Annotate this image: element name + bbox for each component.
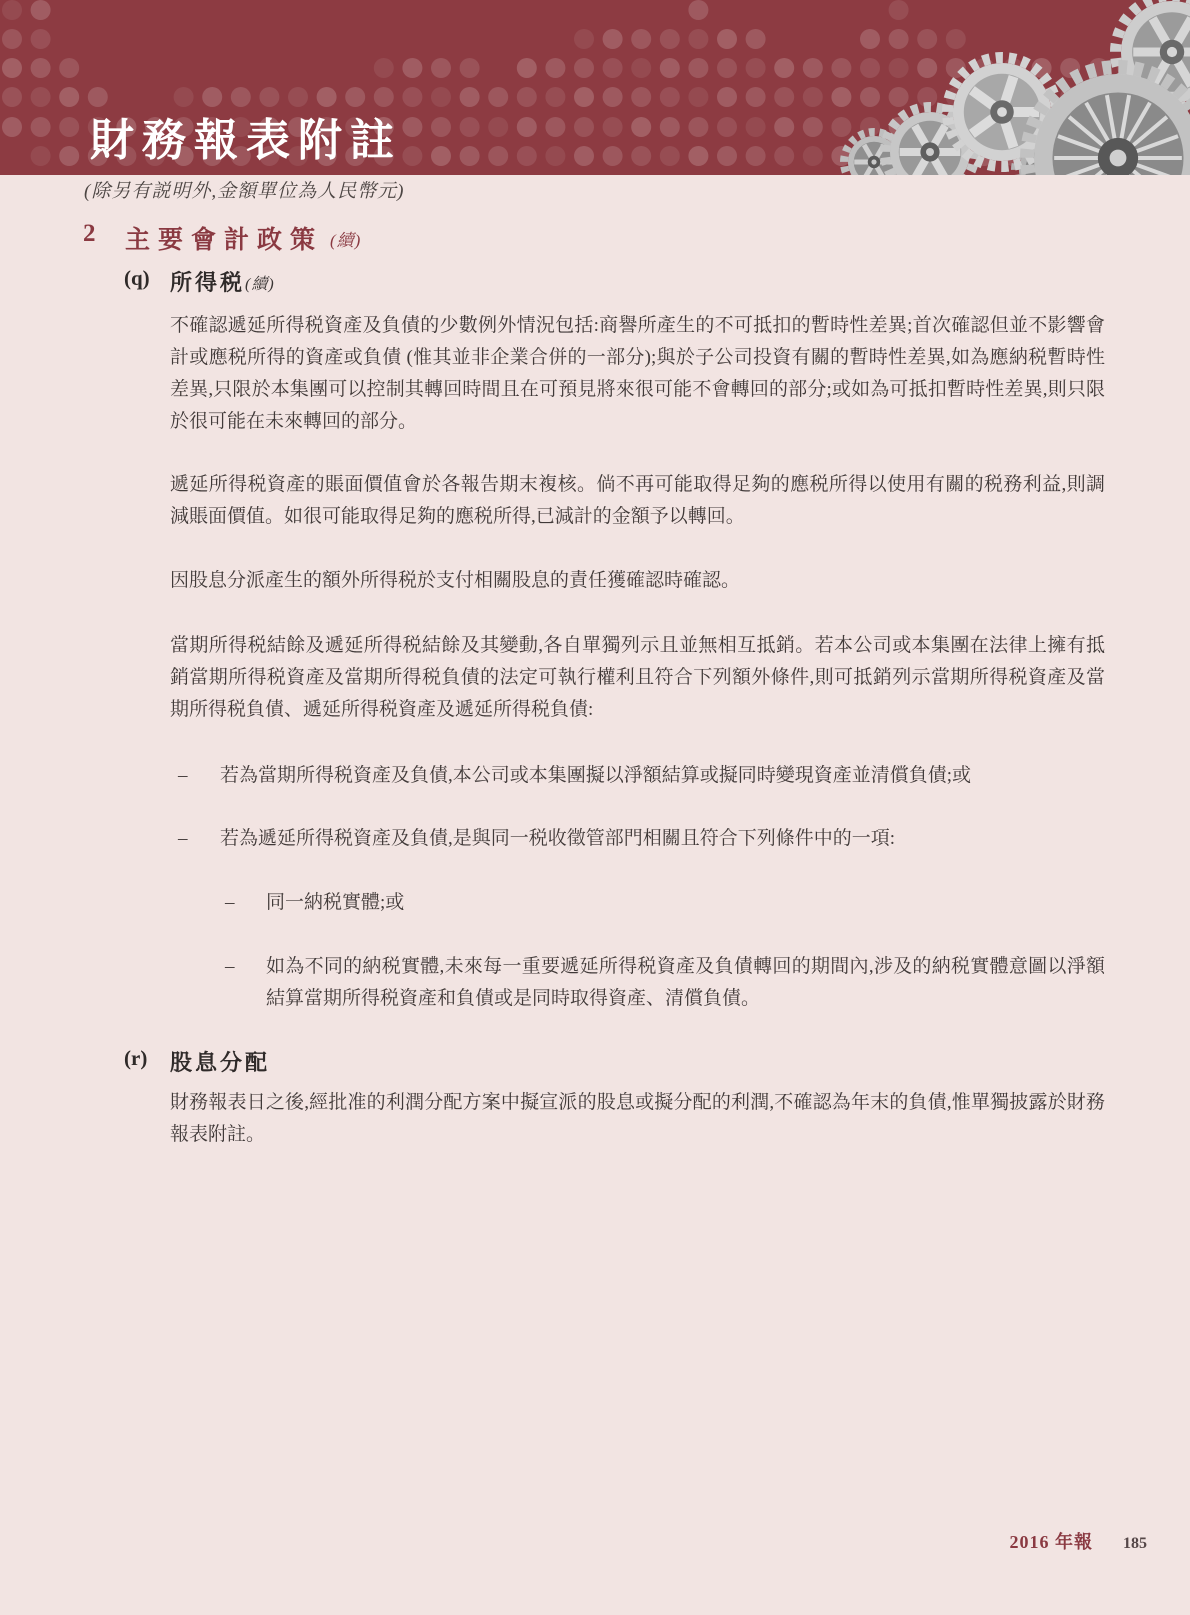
paragraph: 財務報表日之後,經批准的利潤分配方案中擬宣派的股息或擬分配的利潤,不確認為年末的…	[170, 1087, 1105, 1151]
subsection-q-heading: (q) 所得税 (續)	[0, 266, 1190, 298]
paragraph: 當期所得税結餘及遞延所得税結餘及其變動,各自單獨列示且並無相互抵銷。若本公司或本…	[170, 630, 1105, 726]
list-item-text: 若為當期所得税資產及負債,本公司或本集團擬以淨額結算或擬同時變現資產並清償負債;…	[170, 760, 1105, 792]
nested-list-item: – 如為不同的納税實體,未來每一重要遞延所得税資產及負債轉回的期間內,涉及的納税…	[170, 951, 1105, 1015]
footer-report-name: 2016 年報	[1010, 1532, 1094, 1552]
section-title: 主要會計政策	[125, 220, 323, 256]
bullet-dash: –	[225, 887, 235, 919]
section-heading: 2 主要會計政策 (續)	[0, 220, 1190, 254]
paragraph: 不確認遞延所得税資產及負債的少數例外情況包括:商譽所產生的不可抵扣的暫時性差異;…	[170, 310, 1105, 438]
list-item: – 若為當期所得税資產及負債,本公司或本集團擬以淨額結算或擬同時變現資產並清償負…	[170, 760, 1105, 792]
page-footer: 2016 年報 185	[1010, 1531, 1148, 1555]
bullet-dash: –	[178, 760, 188, 792]
section-number: 2	[83, 220, 96, 248]
bullet-dash: –	[178, 823, 188, 855]
page-title: 財務報表附註	[90, 104, 402, 168]
bullet-dash: –	[225, 951, 235, 983]
document-page: { "header": { "title": "財務報表附註", "subtit…	[0, 0, 1190, 1615]
list-item-text: 如為不同的納税實體,未來每一重要遞延所得税資產及負債轉回的期間內,涉及的納税實體…	[170, 951, 1105, 1015]
subsection-r-heading: (r) 股息分配	[0, 1046, 1190, 1078]
subsection-r-label: (r)	[124, 1046, 147, 1071]
subsection-r-title: 股息分配	[170, 1046, 270, 1077]
report-subtitle: (除另有説明外,金額單位為人民幣元)	[84, 176, 404, 203]
footer-page-number: 185	[1123, 1535, 1147, 1552]
nested-list-item: – 同一納税實體;或	[170, 887, 1105, 919]
subsection-q-label: (q)	[124, 266, 150, 291]
list-item: – 若為遞延所得税資產及負債,是與同一税收徵管部門相關且符合下列條件中的一項:	[170, 823, 1105, 855]
paragraph: 遞延所得税資產的賬面價值會於各報告期末複核。倘不再可能取得足夠的應税所得以使用有…	[170, 469, 1105, 533]
subsection-q-continued: (續)	[245, 271, 275, 294]
section-continued: (續)	[330, 226, 361, 251]
list-item-text: 同一納税實體;或	[170, 887, 1105, 919]
list-item-text: 若為遞延所得税資產及負債,是與同一税收徵管部門相關且符合下列條件中的一項:	[170, 823, 1105, 855]
header-band: 財務報表附註	[0, 0, 1190, 175]
paragraph: 因股息分派產生的額外所得税於支付相關股息的責任獲確認時確認。	[170, 565, 1105, 597]
subsection-q-title: 所得税	[170, 266, 245, 297]
